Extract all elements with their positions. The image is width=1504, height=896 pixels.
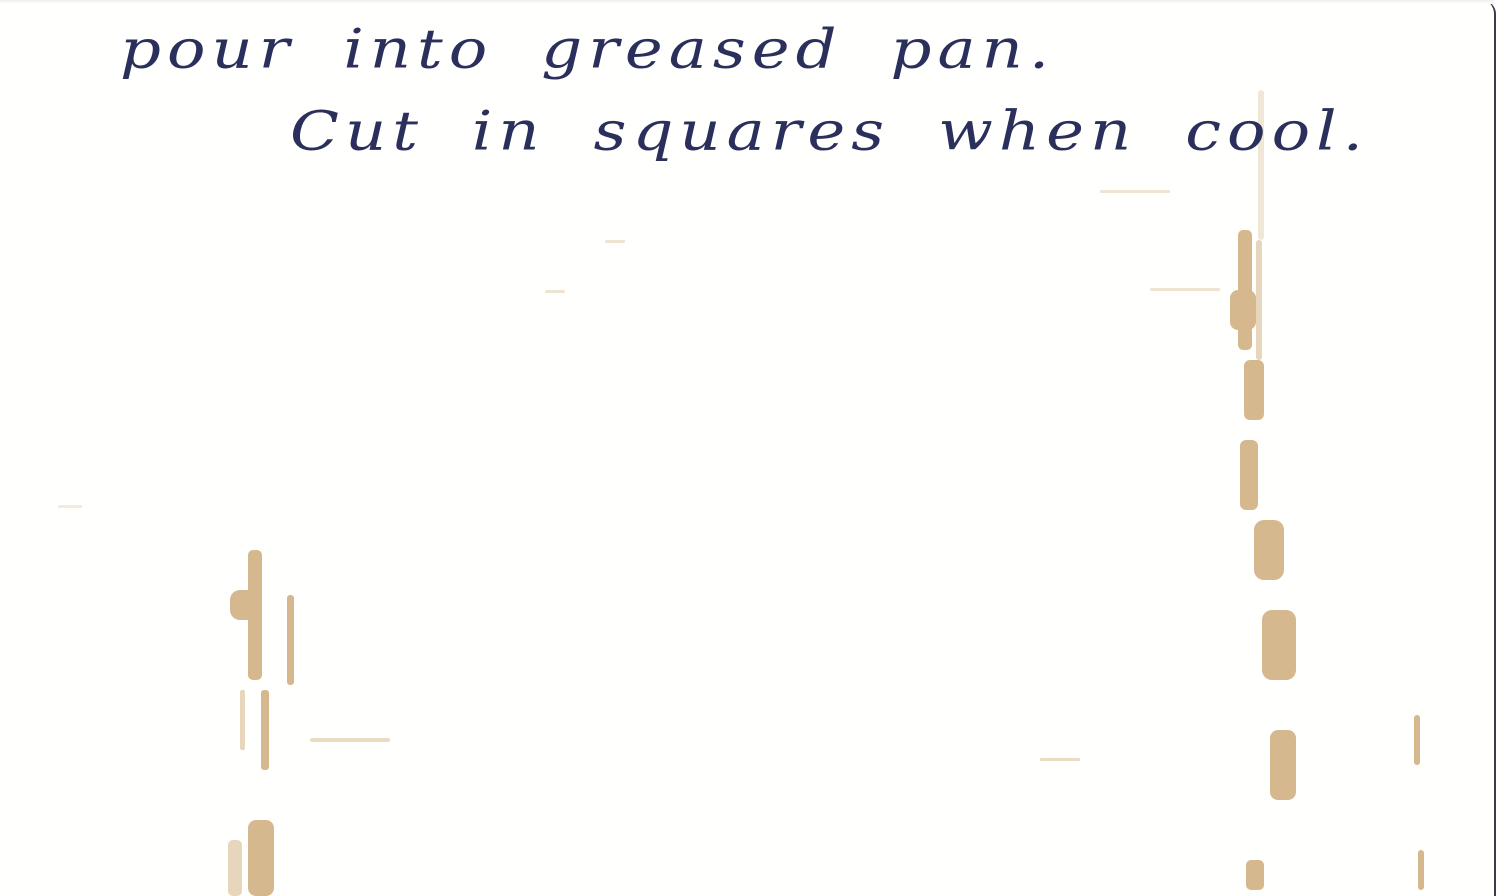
handwritten-line-2: Cutinsquareswhencool. — [290, 100, 1417, 163]
handwritten-line-1: pourintogreasedpan. — [120, 18, 1103, 81]
word: in — [472, 100, 546, 163]
word: greased — [541, 18, 842, 81]
card-top-edge — [0, 0, 1494, 4]
word: cool. — [1185, 100, 1369, 163]
word: pour — [120, 18, 295, 81]
word: Cut — [290, 100, 424, 163]
word: pan. — [891, 18, 1056, 81]
word: squares — [594, 100, 891, 163]
recipe-card: pourintogreasedpan. Cutinsquareswhencool… — [0, 0, 1496, 896]
word: into — [343, 18, 493, 81]
word: when — [938, 100, 1137, 163]
